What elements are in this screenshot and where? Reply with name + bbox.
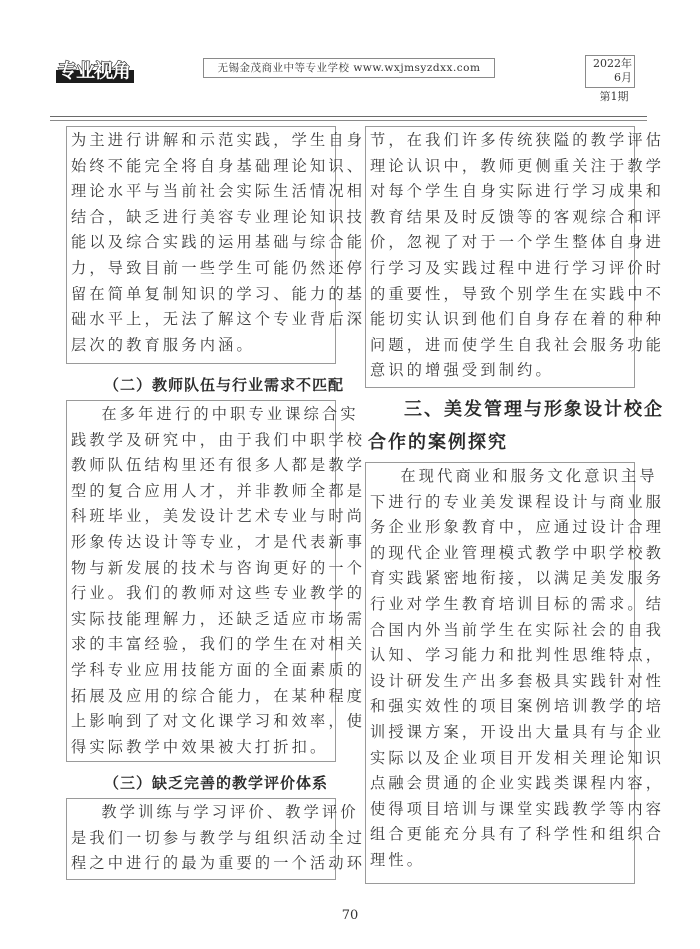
text-line: 是我们一切参与教学与组织活动全过: [71, 826, 331, 852]
text-line: 础水平上，无法了解这个专业背后深: [71, 307, 331, 333]
text-line: 教师队伍结构里还有很多人都是教学: [71, 453, 331, 479]
text-line: 形象传达设计等专业，才是代表新事: [71, 530, 331, 556]
text-line: 始终不能完全将自身基础理论知识、: [71, 154, 331, 180]
issue-info: 2022年6月 第1期: [585, 55, 635, 104]
text-line: 节，在我们许多传统狭隘的教学评估: [370, 128, 630, 154]
subheading-3: （三）缺乏完善的教学评价体系: [104, 772, 328, 793]
text-line: 点融会贯通的企业实践类课程内容，: [370, 771, 630, 797]
text-line: 能以及综合实践的运用基础与综合能: [71, 230, 331, 256]
left-paragraph-box-1: 为主进行讲解和示范实践，学生自身 始终不能完全将自身基础理论知识、 理论水平与当…: [66, 126, 336, 364]
text-line: 的重要性，导致个别学生在实践中不: [370, 282, 630, 308]
issue-date: 2022年6月: [585, 55, 635, 88]
logo-text: 专业视角: [58, 60, 130, 82]
text-line: 价，忽视了对于一个学生整体自身进: [370, 230, 630, 256]
left-paragraph-box-3: 教学训练与学习评价、教学评价 是我们一切参与教学与组织活动全过 程之中进行的最为…: [66, 798, 336, 880]
text-line: 理论水平与当前社会实际生活情况相: [71, 179, 331, 205]
text-line: 层次的教育服务内涵。: [71, 333, 331, 359]
text-line: 物与新发展的技术与咨询更好的一个: [71, 556, 331, 582]
text-line: 合国内外当前学生在实际社会的自我: [370, 618, 630, 644]
text-line: 上影响到了对文化课学习和效率，使: [71, 709, 331, 735]
text-line: 下进行的专业美发课程设计与商业服: [370, 490, 630, 516]
text-line: 育实践紧密地衔接，以满足美发服务: [370, 566, 630, 592]
text-line: 行业对学生教育培训目标的需求。结: [370, 592, 630, 618]
text-line: 行学习及实践过程中进行学习评价时: [370, 256, 630, 282]
section-heading-line-2: 合作的案例探究: [368, 426, 638, 459]
right-paragraph-box-1: 节，在我们许多传统狭隘的教学评估 理论认识中，教师更侧重关注于教学 对每个学生自…: [365, 126, 635, 388]
header-rule-bottom: [50, 120, 647, 121]
page-number: 70: [0, 908, 700, 923]
text-line: 使得项目培训与课堂实践教学等内容: [370, 797, 630, 823]
text-line: 理论认识中，教师更侧重关注于教学: [370, 154, 630, 180]
text-line: 行业。我们的教师对这些专业教学的: [71, 581, 331, 607]
text-line: 为主进行讲解和示范实践，学生自身: [71, 128, 331, 154]
right-paragraph-box-2: 在现代商业和服务文化意识主导 下进行的专业美发课程设计与商业服 务企业形象教育中…: [365, 462, 635, 884]
text-line: 能切实认识到他们自身存在着的种种: [370, 307, 630, 333]
column-logo: 专业视角: [56, 60, 134, 80]
text-line: 理性。: [370, 848, 630, 874]
text-line: 问题，进而使学生自我社会服务功能: [370, 333, 630, 359]
text-line: 力，导致目前一些学生可能仍然还停: [71, 256, 331, 282]
text-line: 学科专业应用技能方面的全面素质的: [71, 658, 331, 684]
school-banner: 无锡金茂商业中等专业学校 www.wxjmsyzdxx.com: [203, 58, 495, 78]
issue-number: 第1期: [585, 90, 635, 104]
text-line: 认知、学习能力和批判性思维特点，: [370, 643, 630, 669]
text-line: 设计研发生产出多套极具实践针对性: [370, 669, 630, 695]
section-heading: 三、美发管理与形象设计校企 合作的案例探究: [368, 393, 638, 459]
text-line: 和强实效性的项目案例培训教学的培: [370, 694, 630, 720]
text-line: 型的复合应用人才，并非教师全都是: [71, 479, 331, 505]
text-line: 实际技能理解力，还缺乏适应市场需: [71, 607, 331, 633]
text-line: 教学训练与学习评价、教学评价: [71, 800, 331, 826]
text-line: 教育结果及时反馈等的客观综合和评: [370, 205, 630, 231]
text-line: 的现代企业管理模式教学中职学校教: [370, 541, 630, 567]
text-line: 程之中进行的最为重要的一个活动环: [71, 851, 331, 877]
text-line: 训授课方案，开设出大量具有与企业: [370, 720, 630, 746]
text-line: 留在简单复制知识的学习、能力的基: [71, 282, 331, 308]
text-line: 拓展及应用的综合能力，在某种程度: [71, 684, 331, 710]
left-paragraph-box-2: 在多年进行的中职专业课综合实 践教学及研究中，由于我们中职学校 教师队伍结构里还…: [66, 400, 336, 762]
header-rule-top: [50, 116, 647, 117]
text-line: 在现代商业和服务文化意识主导: [370, 464, 630, 490]
text-line: 科班毕业，美发设计艺术专业与时尚: [71, 504, 331, 530]
text-line: 实际以及企业项目开发相关理论知识: [370, 746, 630, 772]
text-line: 意识的增强受到制约。: [370, 358, 630, 384]
text-line: 对每个学生自身实际进行学习成果和: [370, 179, 630, 205]
text-line: 务企业形象教育中，应通过设计合理: [370, 515, 630, 541]
text-line: 结合，缺乏进行美容专业理论知识技: [71, 205, 331, 231]
text-line: 组合更能充分具有了科学性和组织合: [370, 822, 630, 848]
text-line: 践教学及研究中，由于我们中职学校: [71, 428, 331, 454]
text-line: 得实际教学中效果被大打折扣。: [71, 735, 331, 761]
text-line: 在多年进行的中职专业课综合实: [71, 402, 331, 428]
text-line: 求的丰富经验，我们的学生在对相关: [71, 632, 331, 658]
subheading-2: （二）教师队伍与行业需求不匹配: [104, 374, 344, 395]
section-heading-line-1: 三、美发管理与形象设计校企: [368, 393, 638, 426]
